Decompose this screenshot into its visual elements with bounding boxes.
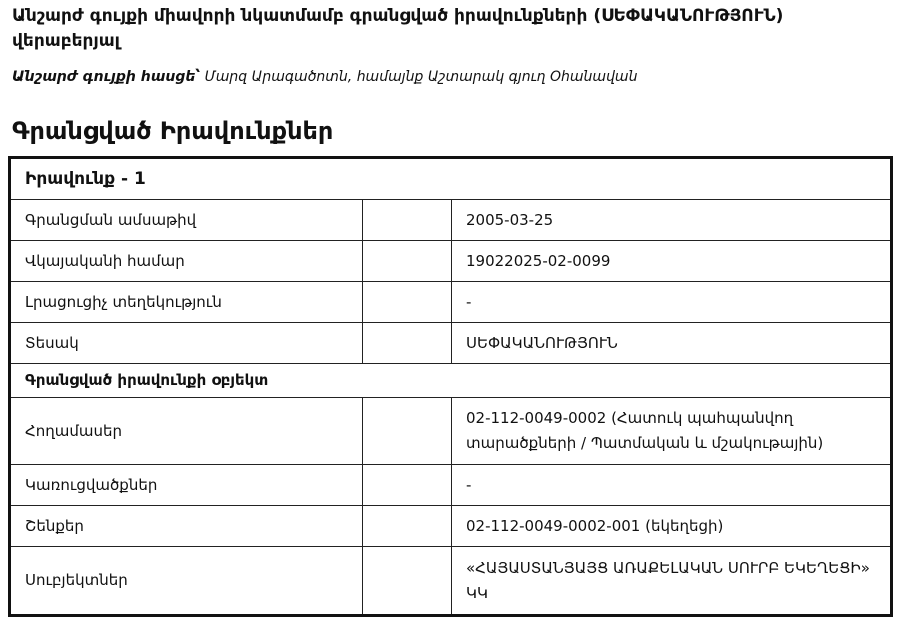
empty-cell [363, 282, 452, 323]
document-title: Անշարժ գույքի միավորի նկատմամբ գրանցված … [12, 4, 892, 54]
empty-cell [363, 323, 452, 364]
property-address: Անշարժ գույքի հասցե՝ Մարզ Արագածոտն, համ… [12, 66, 637, 88]
table-row: Հողամասեր 02-112-0049-0002 (Հատուկ պահպա… [10, 398, 892, 465]
empty-cell [363, 506, 452, 547]
table-row: Լրացուցիչ տեղեկություն - [10, 282, 892, 323]
certificate-number-label: Վկայականի համար [10, 241, 363, 282]
right-type-label: Տեսակ [10, 323, 363, 364]
right-header-row: Իրավունք - 1 [10, 158, 892, 200]
table-row: Վկայականի համար 19022025-02-0099 [10, 241, 892, 282]
table-row: Շենքեր 02-112-0049-0002-001 (եկեղեցի) [10, 506, 892, 547]
land-plots-label: Հողամասեր [10, 398, 363, 465]
additional-info-label: Լրացուցիչ տեղեկություն [10, 282, 363, 323]
subjects-label: Սուբյեկտներ [10, 547, 363, 616]
table-row: Գրանցման ամսաթիվ 2005-03-25 [10, 200, 892, 241]
object-section-header: Գրանցված իրավունքի օբյեկտ [10, 364, 892, 398]
certificate-number-value: 19022025-02-0099 [452, 241, 892, 282]
land-plots-value: 02-112-0049-0002 (Հատուկ պահպանվող տարած… [452, 398, 892, 465]
table-row: Կառուցվածքներ - [10, 465, 892, 506]
buildings-value: 02-112-0049-0002-001 (եկեղեցի) [452, 506, 892, 547]
empty-cell [363, 465, 452, 506]
empty-cell [363, 241, 452, 282]
table-row: Տեսակ ՍԵՓԱԿԱՆՈՒԹՅՈՒՆ [10, 323, 892, 364]
address-label: Անշարժ գույքի հասցե՝ [12, 69, 200, 85]
right-header: Իրավունք - 1 [10, 158, 892, 200]
rights-table: Իրավունք - 1 Գրանցման ամսաթիվ 2005-03-25… [8, 156, 893, 617]
table-row: Սուբյեկտներ «ՀԱՅԱՍՏԱՆՅԱՅՑ ԱՌԱՔԵԼԱԿԱՆ ՍՈՒ… [10, 547, 892, 616]
structures-label: Կառուցվածքներ [10, 465, 363, 506]
subjects-value: «ՀԱՅԱՍՏԱՆՅԱՅՑ ԱՌԱՔԵԼԱԿԱՆ ՍՈՒՐԲ ԵԿԵՂԵՑԻ» … [452, 547, 892, 616]
object-section-row: Գրանցված իրավունքի օբյեկտ [10, 364, 892, 398]
empty-cell [363, 547, 452, 616]
registered-rights-heading: Գրանցված Իրավունքներ [12, 114, 333, 148]
buildings-label: Շենքեր [10, 506, 363, 547]
right-type-value: ՍԵՓԱԿԱՆՈՒԹՅՈՒՆ [452, 323, 892, 364]
address-value: Մարզ Արագածոտն, համայնք Աշտարակ գյուղ Օհ… [200, 69, 637, 85]
empty-cell [363, 200, 452, 241]
registration-date-value: 2005-03-25 [452, 200, 892, 241]
registration-date-label: Գրանցման ամսաթիվ [10, 200, 363, 241]
structures-value: - [452, 465, 892, 506]
empty-cell [363, 398, 452, 465]
additional-info-value: - [452, 282, 892, 323]
